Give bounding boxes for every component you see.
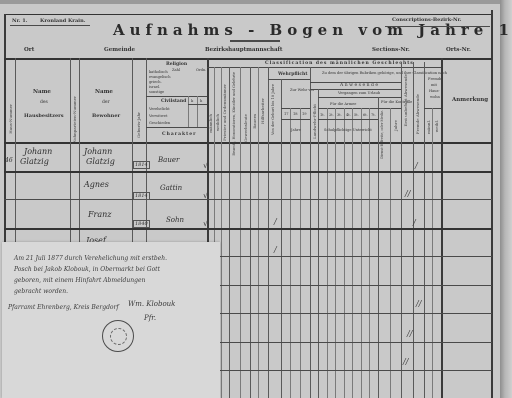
armee-cols-line bbox=[318, 119, 378, 120]
wehr-jahre: Jahre bbox=[291, 128, 301, 132]
bewohner-name: Franz bbox=[88, 210, 112, 219]
religion-row: evangelisch bbox=[149, 75, 171, 79]
geburtsjahr-value: 1814 bbox=[133, 192, 150, 200]
anmerkung-header: Anmerkung bbox=[452, 97, 488, 103]
bewohner-name: Johann bbox=[84, 147, 112, 156]
stand-heading: Civilstand bbox=[161, 99, 186, 104]
religion-heading: Religion bbox=[166, 62, 187, 67]
col-line bbox=[229, 67, 230, 398]
stand-sub-k: k bbox=[191, 99, 193, 103]
col-line bbox=[268, 67, 269, 398]
stand-sub-h: h bbox=[200, 99, 202, 103]
name-des: des bbox=[40, 100, 48, 105]
note-line: Pfarramt Ehrenberg, Kreis Bergdorf bbox=[8, 304, 119, 311]
row-line bbox=[220, 285, 492, 286]
armee-col: 6t. bbox=[363, 113, 368, 117]
geburtsjahr-value: 1840 bbox=[133, 220, 150, 228]
crownland-label: Kronland Krain. bbox=[40, 18, 85, 24]
stand-sub-line bbox=[188, 104, 207, 105]
religion-row: griech. bbox=[149, 80, 162, 84]
wehr-year: 19 bbox=[302, 112, 307, 116]
charakter-header: Charakter bbox=[162, 132, 197, 137]
religion-row: sonstige bbox=[149, 90, 164, 94]
conscription-line bbox=[385, 26, 490, 27]
class-col-header: weiblich bbox=[215, 114, 220, 131]
tick-mark: / bbox=[274, 245, 277, 254]
wehr-year-line bbox=[281, 119, 310, 120]
wehr-sub-line bbox=[281, 108, 310, 109]
armee-col: 5t. bbox=[354, 113, 359, 117]
armee-col: 2t. bbox=[329, 113, 334, 117]
class-col-header: Priester und Ordensmänner bbox=[222, 84, 227, 141]
class-col-header: Hilfsarbeiter bbox=[260, 98, 265, 124]
top-border bbox=[4, 14, 492, 15]
geburtsjahr-value: 1814 bbox=[133, 161, 150, 169]
fremde-sub: männl. bbox=[426, 120, 431, 134]
col-line bbox=[318, 89, 319, 398]
armee-header: Für die Armee bbox=[330, 102, 356, 106]
uebrige-header: Erst unbefugt Abwesende bbox=[403, 74, 408, 127]
under-age-header: Von der Geburt bis 18 Jahre bbox=[271, 84, 275, 135]
anwesend-heading: Zu dem der übrigen Rubriken gehörige, un… bbox=[322, 71, 447, 75]
row-line bbox=[4, 228, 492, 230]
note-line: Posch bei Jakob Klobouk, in Obermarkt be… bbox=[14, 266, 160, 273]
row-line bbox=[4, 199, 492, 200]
wehr-year: 17 bbox=[284, 112, 289, 116]
stand-divider bbox=[188, 96, 189, 127]
page-title: Aufnahms - Bogen vom Jahre 18 bbox=[113, 21, 512, 39]
tick-mark: √ bbox=[203, 161, 208, 170]
row-line bbox=[220, 370, 492, 371]
col-line bbox=[290, 108, 291, 398]
class-col-header: Beamte, Honoratioren, Künstler und Geleh… bbox=[232, 72, 236, 156]
schulpflichtige-header: Schulpflichtige Unterricht bbox=[324, 128, 372, 132]
fremde-heading: wohn bbox=[430, 95, 440, 99]
geburtsjahr-header: Geburts-Jahr bbox=[136, 112, 141, 138]
anwesende-header: Anwesende bbox=[340, 83, 380, 88]
bewohner-name: Agnes bbox=[84, 180, 109, 189]
house-number-value: 46 bbox=[5, 157, 13, 164]
wehr-year: 18 bbox=[293, 112, 298, 116]
tick-mark: // bbox=[407, 329, 412, 338]
header-bottom-line bbox=[4, 58, 492, 60]
bewohner-header: Bewohner bbox=[92, 113, 120, 119]
tick-mark: / bbox=[413, 218, 416, 227]
col-line bbox=[240, 67, 241, 398]
armee-col: 3t. bbox=[337, 113, 342, 117]
wehrpflicht-heading: Wehrpflicht bbox=[278, 72, 307, 77]
kontrolle-sub: Dienst-Befreite, oder Mediz. bbox=[380, 110, 384, 159]
stand-row: Verwitwet bbox=[149, 114, 167, 118]
tick-mark: / bbox=[415, 161, 418, 170]
note-signature-2: Pfr. bbox=[144, 314, 156, 322]
fremde-sub: weibl. bbox=[434, 120, 439, 132]
landwehr-header: Landwehr-Pflicht bbox=[312, 104, 317, 139]
col-line bbox=[378, 97, 379, 398]
religion-row: israel. bbox=[149, 85, 160, 89]
charakter-value: Sohn bbox=[166, 216, 184, 224]
charakter-value: Gattin bbox=[160, 184, 182, 192]
page-edge-shadow bbox=[500, 0, 512, 398]
hausbesitzer-first: Johann bbox=[24, 147, 52, 156]
col-line bbox=[344, 108, 345, 398]
fremde-heading: Haus- bbox=[429, 89, 440, 93]
fremde-heading: mit bbox=[431, 83, 437, 87]
col-line bbox=[369, 108, 370, 398]
column-header-bottom bbox=[4, 142, 492, 144]
note-line: geboren, mit einem Hinfahrt Abmeldungen bbox=[14, 277, 145, 284]
note-line: gebracht worden. bbox=[14, 288, 68, 295]
tick-mark: // bbox=[416, 299, 421, 308]
armee-col: 1t. bbox=[320, 113, 325, 117]
conscription-district-label: Conscriptions-Bezirk-Nr. bbox=[392, 17, 462, 23]
charakter-value: Bauer bbox=[158, 156, 179, 164]
name-bewohner-header: Name bbox=[95, 89, 113, 95]
religion-row: katholisch bbox=[149, 70, 168, 74]
col-line bbox=[352, 108, 353, 398]
class-col-header: Gewerbsleute bbox=[243, 114, 248, 142]
row-line bbox=[220, 342, 492, 343]
wohnparteien-header: Wohnparteien-Nummer bbox=[72, 96, 77, 144]
title-underline bbox=[230, 40, 280, 42]
stand-row: Verehelicht bbox=[149, 107, 170, 111]
anwesende-line bbox=[310, 89, 401, 90]
stand-block-bottom bbox=[146, 127, 207, 128]
note-signature: Wm. Klobouk bbox=[128, 300, 175, 308]
religion-sub-ordn: Ordn. bbox=[196, 68, 206, 72]
tick-mark: // bbox=[405, 189, 410, 198]
armee-col: 4t. bbox=[346, 113, 351, 117]
tick-mark: √ bbox=[203, 219, 208, 228]
col-line bbox=[432, 108, 433, 398]
armee-col: 7t. bbox=[371, 113, 376, 117]
frame-right bbox=[491, 10, 493, 398]
col-line bbox=[258, 67, 259, 398]
vergangen-header: Vergangen zum Urlaub bbox=[338, 91, 380, 95]
vergangen-line bbox=[318, 97, 401, 98]
name-der: der bbox=[102, 100, 110, 105]
crownland-underline bbox=[10, 25, 90, 26]
row-line bbox=[220, 313, 492, 314]
ort-label: Ort bbox=[24, 47, 34, 53]
house-number-header: Haus-Nummer bbox=[8, 104, 13, 134]
wehrpflicht-line bbox=[268, 79, 310, 80]
name-header: Name bbox=[33, 89, 51, 95]
col-line bbox=[310, 67, 311, 398]
col-line bbox=[424, 62, 425, 398]
col-line bbox=[413, 62, 414, 398]
stand-divider bbox=[197, 96, 198, 127]
row-line bbox=[4, 171, 492, 173]
col-line bbox=[300, 108, 301, 398]
bewohner-name: Glatzig bbox=[86, 157, 115, 166]
bezirk-label: Bezirkshauptmannschaft bbox=[205, 47, 282, 53]
hausbesitzer-header: Hausbesitzers bbox=[24, 113, 64, 119]
stand-row: Geschieden bbox=[149, 121, 170, 125]
col-line bbox=[327, 108, 328, 398]
col-line bbox=[250, 67, 251, 398]
parish-seal-stamp bbox=[102, 320, 134, 352]
note-line: Am 21 Juli 1877 durch Verehelichung mit … bbox=[14, 255, 167, 262]
gemeinde-label: Gemeinde bbox=[104, 47, 135, 53]
tick-mark: / bbox=[274, 217, 277, 226]
col-line bbox=[401, 62, 402, 398]
class-col-header: männlich bbox=[208, 114, 213, 133]
tick-mark: // bbox=[403, 357, 408, 366]
col-line bbox=[361, 108, 362, 398]
col-line bbox=[281, 79, 282, 398]
classification-line bbox=[207, 67, 441, 68]
tick-mark: √ bbox=[203, 191, 208, 200]
religion-sub-zahl: Zahl bbox=[172, 68, 180, 72]
col-line bbox=[335, 108, 336, 398]
hausbesitzer-last: Glatzig bbox=[20, 157, 49, 166]
section-label: Sections-Nr. bbox=[372, 47, 410, 53]
classification-heading: Classification des männlichen Geschlecht… bbox=[265, 61, 414, 66]
attached-note: Am 21 Juli 1877 durch Verehelichung mit … bbox=[2, 242, 220, 398]
class-col-header: Bauern bbox=[252, 114, 257, 129]
fremde-abwesende-header: Fremde Abwesende bbox=[415, 94, 420, 134]
form-number: Nr. 1. bbox=[12, 18, 27, 24]
kontrolle-sub: Jahre bbox=[393, 120, 398, 131]
col-line bbox=[390, 108, 391, 398]
orts-nr-label: Orts-Nr. bbox=[446, 47, 471, 53]
